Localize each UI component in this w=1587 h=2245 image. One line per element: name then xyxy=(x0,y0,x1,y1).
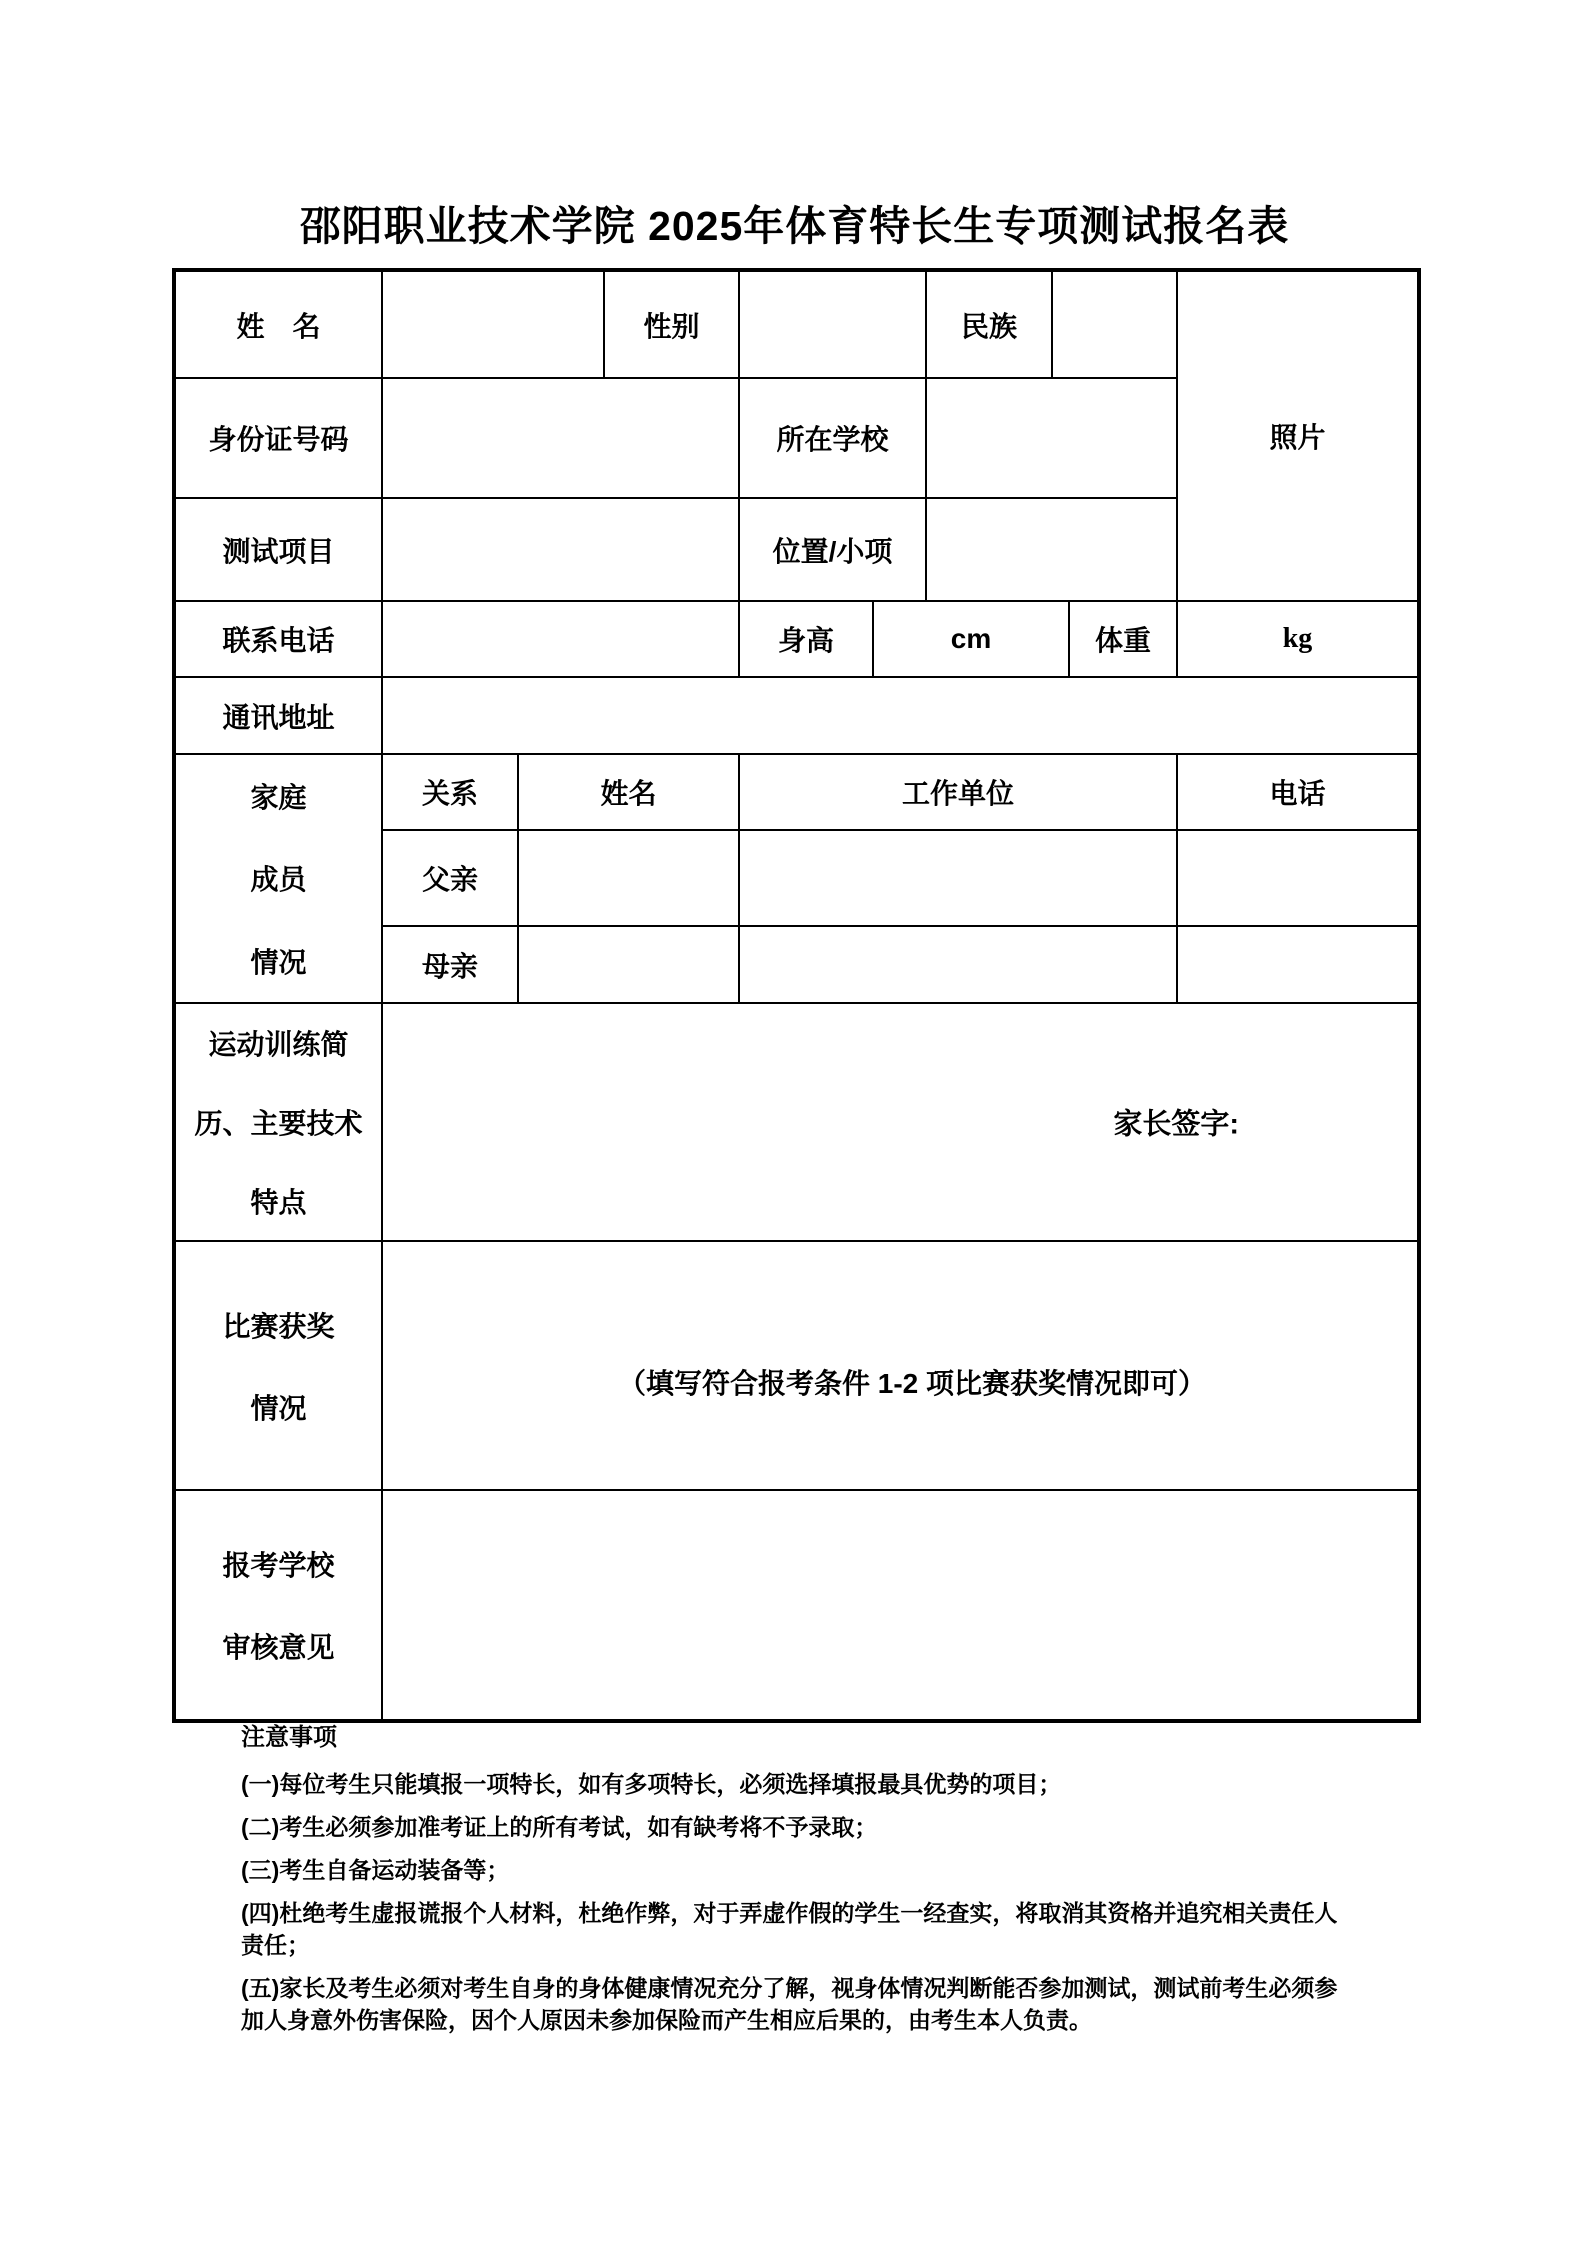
height-input-cell[interactable]: cm xyxy=(873,601,1069,677)
position-label: 位置/小项 xyxy=(739,498,926,601)
address-input-cell[interactable] xyxy=(382,677,1419,754)
family-header-phone: 电话 xyxy=(1177,754,1419,830)
school-review-input-cell[interactable] xyxy=(382,1490,1419,1721)
school-review-label-line: 报考学校 xyxy=(222,1544,334,1584)
weight-input-cell[interactable]: kg xyxy=(1177,601,1419,677)
awards-label-line: 比赛获奖 xyxy=(222,1305,334,1345)
parent-signature-label: 家长签字: xyxy=(1113,1102,1239,1143)
id-number-input-cell[interactable] xyxy=(382,378,739,498)
family-father-label: 父亲 xyxy=(382,830,518,927)
school-review-label-line: 审核意见 xyxy=(222,1626,334,1666)
family-header-relation: 关系 xyxy=(382,754,518,830)
school-input-cell[interactable] xyxy=(926,378,1177,498)
mother-name-input-cell[interactable] xyxy=(518,926,739,1003)
note-item-3: (三)考生自备运动装备等； xyxy=(241,1854,1359,1886)
family-label-lines: 家庭 成员 情况 xyxy=(176,755,381,1002)
awards-hint-text: （填写符合报考条件 1-2 项比赛获奖情况即可） xyxy=(383,1330,1417,1402)
awards-label: 比赛获奖 情况 xyxy=(174,1241,382,1490)
training-history-label-line: 历、主要技术 xyxy=(194,1102,362,1142)
training-history-label-line: 特点 xyxy=(250,1181,306,1221)
position-input-cell[interactable] xyxy=(926,498,1177,601)
family-label: 家庭 成员 情况 xyxy=(174,754,382,1003)
notes-list: (一)每位考生只能填报一项特长，如有多项特长，必须选择填报最具优势的项目； (二… xyxy=(241,1768,1359,2036)
training-history-label-lines: 运动训练简 历、主要技术 特点 xyxy=(176,1004,381,1240)
notes-heading: 注意事项 xyxy=(241,1722,1359,1754)
gender-input-cell[interactable] xyxy=(739,270,926,378)
mother-work-unit-input-cell[interactable] xyxy=(739,926,1177,1003)
height-label: 身高 xyxy=(739,601,873,677)
note-item-4: (四)杜绝考生虚报谎报个人材料，杜绝作弊，对于弄虚作假的学生一经查实，将取消其资… xyxy=(241,1897,1359,1961)
photo-cell: 照片 xyxy=(1177,270,1419,601)
note-item-5: (五)家长及考生必须对考生自身的身体健康情况充分了解，视身体情况判断能否参加测试… xyxy=(241,1972,1359,2036)
id-number-label: 身份证号码 xyxy=(174,378,382,498)
page-title: 邵阳职业技术学院 2025年体育特长生专项测试报名表 xyxy=(172,193,1417,252)
test-event-label: 测试项目 xyxy=(174,498,382,601)
family-label-line: 成员 xyxy=(250,858,306,898)
notes-section: 注意事项 (一)每位考生只能填报一项特长，如有多项特长，必须选择填报最具优势的项… xyxy=(241,1722,1359,2047)
mother-phone-input-cell[interactable] xyxy=(1177,926,1419,1003)
address-label: 通讯地址 xyxy=(174,677,382,754)
school-label: 所在学校 xyxy=(739,378,926,498)
training-history-label: 运动训练简 历、主要技术 特点 xyxy=(174,1003,382,1241)
school-review-label: 报考学校 审核意见 xyxy=(174,1490,382,1721)
family-header-work-unit: 工作单位 xyxy=(739,754,1177,830)
name-label: 姓 名 xyxy=(174,270,382,378)
weight-label: 体重 xyxy=(1069,601,1177,677)
family-label-line: 家庭 xyxy=(250,776,306,816)
training-history-input-cell[interactable]: 家长签字: xyxy=(382,1003,1419,1241)
father-phone-input-cell[interactable] xyxy=(1177,830,1419,927)
form-table: 姓 名 性别 民族 照片 身份证号码 所在学校 测试项目 位置/小项 联系电话 … xyxy=(172,268,1421,1723)
gender-label: 性别 xyxy=(604,270,739,378)
father-work-unit-input-cell[interactable] xyxy=(739,830,1177,927)
family-label-line: 情况 xyxy=(250,941,306,981)
phone-label: 联系电话 xyxy=(174,601,382,677)
father-name-input-cell[interactable] xyxy=(518,830,739,927)
ethnicity-label: 民族 xyxy=(926,270,1052,378)
awards-input-cell[interactable]: （填写符合报考条件 1-2 项比赛获奖情况即可） xyxy=(382,1241,1419,1490)
family-mother-label: 母亲 xyxy=(382,926,518,1003)
phone-input-cell[interactable] xyxy=(382,601,739,677)
family-header-name: 姓名 xyxy=(518,754,739,830)
school-review-label-lines: 报考学校 审核意见 xyxy=(176,1491,381,1719)
note-item-1: (一)每位考生只能填报一项特长，如有多项特长，必须选择填报最具优势的项目； xyxy=(241,1768,1359,1800)
name-input-cell[interactable] xyxy=(382,270,604,378)
note-item-2: (二)考生必须参加准考证上的所有考试，如有缺考将不予录取； xyxy=(241,1811,1359,1843)
ethnicity-input-cell[interactable] xyxy=(1052,270,1177,378)
training-history-label-line: 运动训练简 xyxy=(208,1023,348,1063)
awards-label-line: 情况 xyxy=(250,1387,306,1427)
test-event-input-cell[interactable] xyxy=(382,498,739,601)
awards-label-lines: 比赛获奖 情况 xyxy=(176,1242,381,1489)
